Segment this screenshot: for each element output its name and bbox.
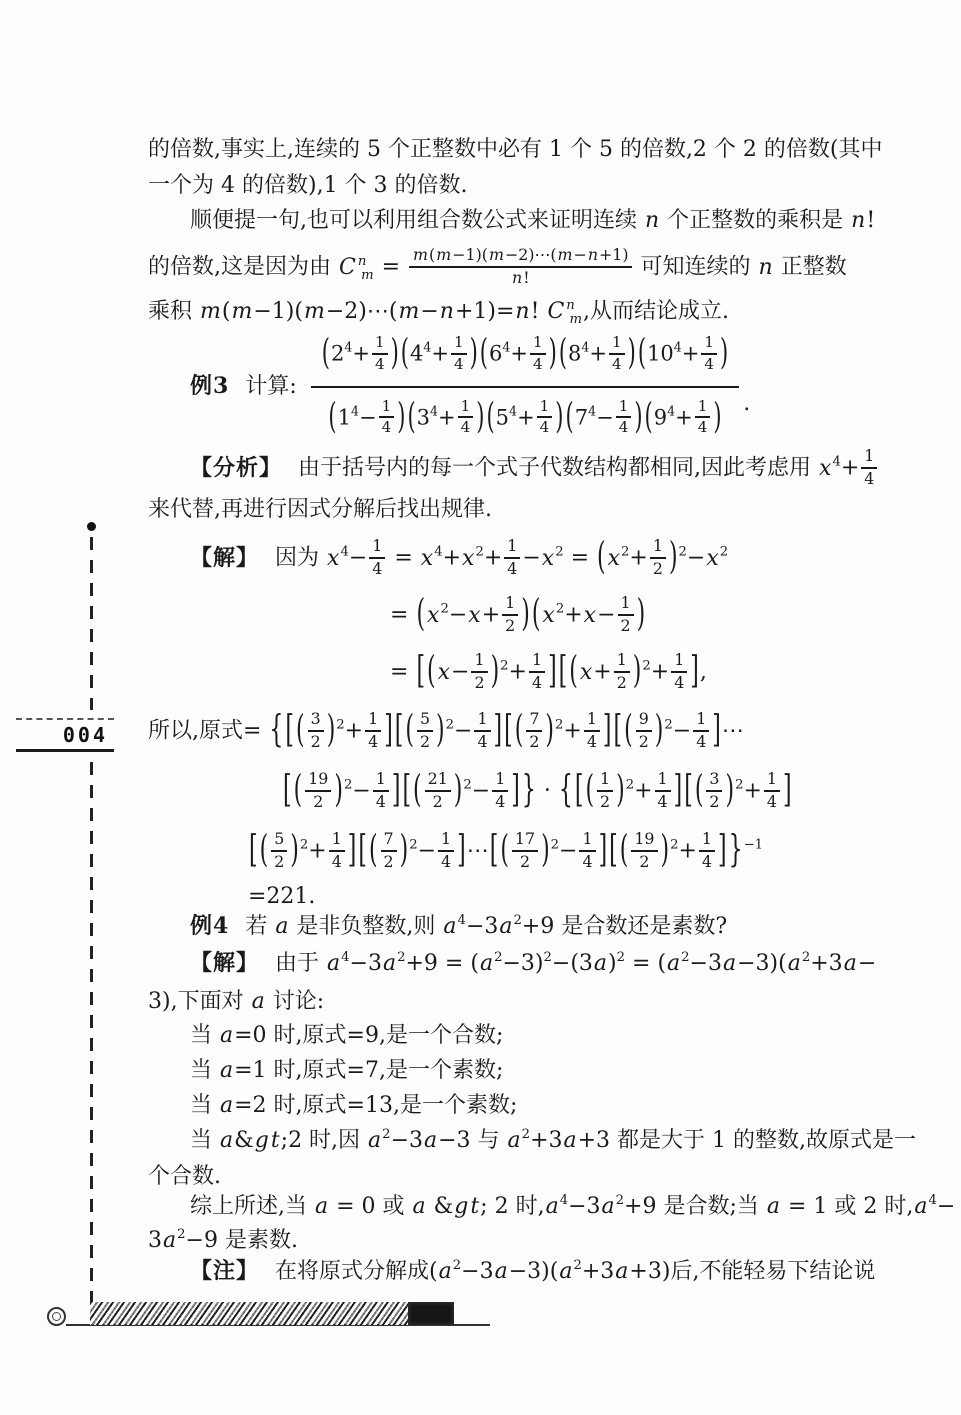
footer-bar-dark-cap [408,1302,454,1325]
example3-label: 例3 [190,373,229,401]
example3-fraction: (24+14)(44+14)(64+14)(84+14)(104+14) (14… [311,330,740,444]
example4-question: 若 a 是非负整数,则 a4−3a2+9 是合数还是素数? [245,913,727,941]
solution3-result: =221. [248,883,315,911]
example3-prompt: 计算: [245,373,296,401]
equation: [(52)2+14][(72)2−14]⋯[(172)2−14][(192)2+… [248,832,763,871]
page-number: 004 [63,723,108,747]
equation: = (x2−x+12)(x2+x−12) [390,596,646,635]
text: 当 a=2 时,原式=13,是一个素数; [190,1092,517,1120]
margin-dot [87,522,96,531]
equation: [(192)2−14][(212)2−14]} · {[(12)2+14][(3… [282,772,793,811]
text: 当 a=0 时,原式=9,是一个合数; [190,1022,503,1050]
margin-dashed-line-lower [90,762,93,1302]
solution3-line1: 【解】 因为 x4−14 = x4+x2+14−x2 = (x2+12)2−x2 [190,534,728,584]
example3-numerator: (24+14)(44+14)(64+14)(84+14)(104+14) [311,330,740,388]
note-line1: 【注】 在将原式分解成(a2−3a−3)(a2+3a+3)后,不能轻易下结论说 [190,1258,875,1286]
margin-dashed-line-upper [90,537,93,710]
example4-statement: 例4 若 a 是非负整数,则 a4−3a2+9 是合数还是素数? [190,913,727,941]
text: 来代替,再进行因式分解后找出规律. [148,496,492,524]
solution3-suoyi-line3: [(52)2+14][(72)2−14]⋯[(172)2−14][(192)2+… [248,824,763,880]
analysis-label: 【分析】 [190,455,282,483]
solution3-suoyi-line1: 所以,原式= {[(32)2+14][(52)2−14][(72)2+14][(… [148,704,744,760]
text: 顺便提一句,也可以利用组合数公式来证明连续 n 个正整数的乘积是 n! [190,207,875,235]
equation: = [(x−12)2+14][(x+12)2+14], [390,653,707,692]
text: 由于括号内的每一个式子代数结构都相同,因此考虑用 x4+14 [298,449,879,488]
text: 当 a&gt;2 时,因 a2−3a−3 与 a2+3a+3 都是大于 1 的整… [190,1127,916,1155]
text: 一个为 4 的倍数),1 个 3 的倍数. [148,172,468,200]
equation: 由于 a4−3a2+9 = (a2−3)2−(3a)2 = (a2−3a−3)(… [275,950,876,978]
note-label: 【注】 [190,1258,259,1286]
text: 的倍数,事实上,连续的 5 个正整数中必有 1 个 5 的倍数,2 个 2 的倍… [148,136,883,164]
analysis-line2: 来代替,再进行因式分解后找出规律. [148,496,492,524]
solution4-case1: 当 a=1 时,原式=7,是一个素数; [190,1057,503,1085]
analysis-line1: 【分析】 由于括号内的每一个式子代数结构都相同,因此考虑用 x4+14 [190,444,879,494]
solution4-summary-line1: 综上所述,当 a = 0 或 a &gt; 2 时,a4−3a2+9 是合数;当… [190,1193,955,1221]
solution3-suoyi-line2: [(192)2−14][(212)2−14]} · {[(12)2+14][(3… [282,764,793,820]
result-value: =221. [248,883,315,911]
text: 综上所述,当 a = 0 或 a &gt; 2 时,a4−3a2+9 是合数;当… [190,1193,955,1221]
text: 当 a=1 时,原式=7,是一个素数; [190,1057,503,1085]
text: 乘积 m(m−1)(m−2)⋯(m−n+1)=n! Cnm,从而结论成立. [148,298,729,326]
paragraph1-line1: 的倍数,事实上,连续的 5 个正整数中必有 1 个 5 的倍数,2 个 2 的倍… [148,136,883,164]
period: . [743,390,750,444]
text: 3a2−9 是素数. [148,1227,298,1255]
example3-denominator: (14−14)(34+14)(54+14)(74−14)(94+14) [311,388,740,444]
combination-formula: 的倍数,这是因为由 Cnm = m(m−1)(m−2)⋯(m−n+1)n! 可知… [148,248,847,287]
equation: 所以,原式= {[(32)2+14][(52)2−14][(72)2+14][(… [148,712,744,751]
solution3-label: 【解】 [190,545,259,573]
equation: 因为 x4−14 = x4+x2+14−x2 = (x2+12)2−x2 [275,539,728,578]
paragraph2-line3: 乘积 m(m−1)(m−2)⋯(m−n+1)=n! Cnm,从而结论成立. [148,298,729,326]
page-number-tab: 004 [16,718,114,752]
text: 个合数. [148,1163,221,1191]
paragraph1-line2: 一个为 4 的倍数),1 个 3 的倍数. [148,172,468,200]
example4-label: 例4 [190,913,229,941]
solution4-case3-line1: 当 a&gt;2 时,因 a2−3a−3 与 a2+3a+3 都是大于 1 的整… [190,1127,916,1155]
solution4-case0: 当 a=0 时,原式=9,是一个合数; [190,1022,503,1050]
solution4-line2: 3),下面对 a 讨论: [148,988,324,1016]
book-page: 004 的倍数,事实上,连续的 5 个正整数中必有 1 个 5 的倍数,2 个 … [0,0,961,1415]
solution4-case3-line2: 个合数. [148,1163,221,1191]
footer-ring-icon [47,1307,66,1326]
paragraph2-line1: 顺便提一句,也可以利用组合数公式来证明连续 n 个正整数的乘积是 n! [190,207,875,235]
solution3-line2: = (x2−x+12)(x2+x−12) [390,590,646,642]
text: 3),下面对 a 讨论: [148,988,324,1016]
solution3-line3: = [(x−12)2+14][(x+12)2+14], [390,646,707,700]
text: 在将原式分解成(a2−3a−3)(a2+3a+3)后,不能轻易下结论说 [275,1258,875,1286]
example3-statement: 例3 计算: (24+14)(44+14)(64+14)(84+14)(104+… [190,330,750,444]
paragraph2-line2: 的倍数,这是因为由 Cnm = m(m−1)(m−2)⋯(m−n+1)n! 可知… [148,242,847,294]
solution4-line1: 【解】 由于 a4−3a2+9 = (a2−3)2−(3a)2 = (a2−3a… [190,950,876,978]
solution4-case2: 当 a=2 时,原式=13,是一个素数; [190,1092,517,1120]
footer-hatched-bar [90,1302,408,1325]
solution4-label: 【解】 [190,950,259,978]
solution4-summary-line2: 3a2−9 是素数. [148,1227,298,1255]
